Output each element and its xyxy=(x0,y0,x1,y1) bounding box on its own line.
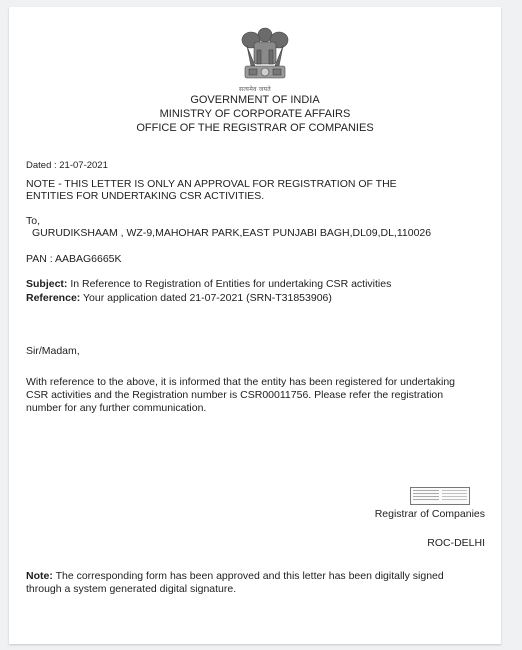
letter-page: सत्यमेव जयते GOVERNMENT OF INDIA MINISTR… xyxy=(9,7,501,644)
roc-office: ROC-DELHI xyxy=(427,537,485,549)
subject-label: Subject: xyxy=(26,278,67,290)
footer-note-line2: through a system generated digital signa… xyxy=(26,583,236,596)
signatory-title: Registrar of Companies xyxy=(375,508,485,520)
header-ministry: MINISTRY OF CORPORATE AFFAIRS xyxy=(9,108,501,120)
body-line2: CSR activities and the Registration numb… xyxy=(26,389,443,402)
approval-note-line2: ENTITIES FOR UNDERTAKING CSR ACTIVITIES. xyxy=(26,190,264,203)
reference-text: Your application dated 21-07-2021 (SRN-T… xyxy=(80,292,332,304)
reference-line: Reference: Your application dated 21-07-… xyxy=(26,292,332,305)
digital-signature-stamp xyxy=(410,487,470,505)
recipient-address: GURUDIKSHAAM , WZ-9,MAHOHAR PARK,EAST PU… xyxy=(32,227,431,240)
letter-date: Dated : 21-07-2021 xyxy=(26,159,108,172)
subject-line: Subject: In Reference to Registration of… xyxy=(26,278,391,291)
header-government: GOVERNMENT OF INDIA xyxy=(9,94,501,106)
footer-note-line1: Note: The corresponding form has been ap… xyxy=(26,570,444,583)
header-office: OFFICE OF THE REGISTRAR OF COMPANIES xyxy=(9,122,501,134)
salutation: Sir/Madam, xyxy=(26,345,80,358)
footer-note-label: Note: xyxy=(26,570,53,582)
national-emblem-icon xyxy=(237,22,293,88)
emblem-motto: सत्यमेव जयते xyxy=(9,85,501,93)
body-line1: With reference to the above, it is infor… xyxy=(26,376,455,389)
pan-number: PAN : AABAG6665K xyxy=(26,253,122,266)
body-line3: number for any further communication. xyxy=(26,402,206,415)
footer-note-text: The corresponding form has been approved… xyxy=(53,570,444,582)
reference-label: Reference: xyxy=(26,292,80,304)
subject-text: In Reference to Registration of Entities… xyxy=(67,278,391,290)
